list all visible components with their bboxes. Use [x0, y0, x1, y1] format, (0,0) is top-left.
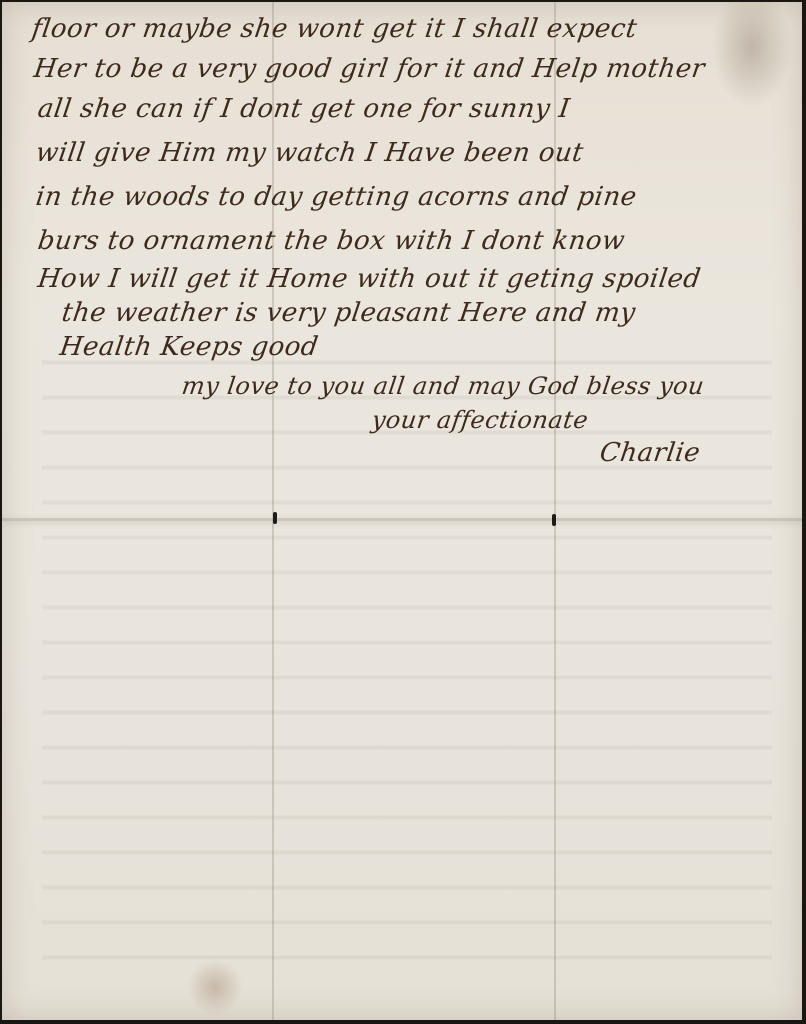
- letter-line-5: in the woods to day getting acorns and p…: [34, 182, 639, 212]
- letter-line-8: the weather is very pleasant Here and my: [60, 298, 638, 328]
- letter-line-7: How I will get it Home with out it getin…: [36, 264, 703, 294]
- fold-hole-left: [273, 512, 277, 524]
- fold-hole-right: [552, 514, 556, 526]
- letter-page: floor or maybe she wont get it I shall e…: [2, 2, 802, 1020]
- letter-line-3: all she can if I dont get one for sunny …: [36, 94, 572, 124]
- signature: Charlie: [598, 438, 702, 468]
- letter-line-9: Health Keeps good: [58, 332, 320, 362]
- letter-line-4: will give Him my watch I Have been out: [34, 138, 586, 168]
- horizontal-fold: [2, 518, 802, 521]
- closing-valediction: your affectionate: [370, 406, 590, 434]
- letter-line-2: Her to be a very good girl for it and He…: [32, 54, 707, 84]
- letter-line-6: burs to ornament the box with I dont kno…: [36, 226, 627, 256]
- letter-line-1: floor or maybe she wont get it I shall e…: [30, 14, 639, 44]
- closing-blessing: my love to you all and may God bless you: [180, 372, 706, 400]
